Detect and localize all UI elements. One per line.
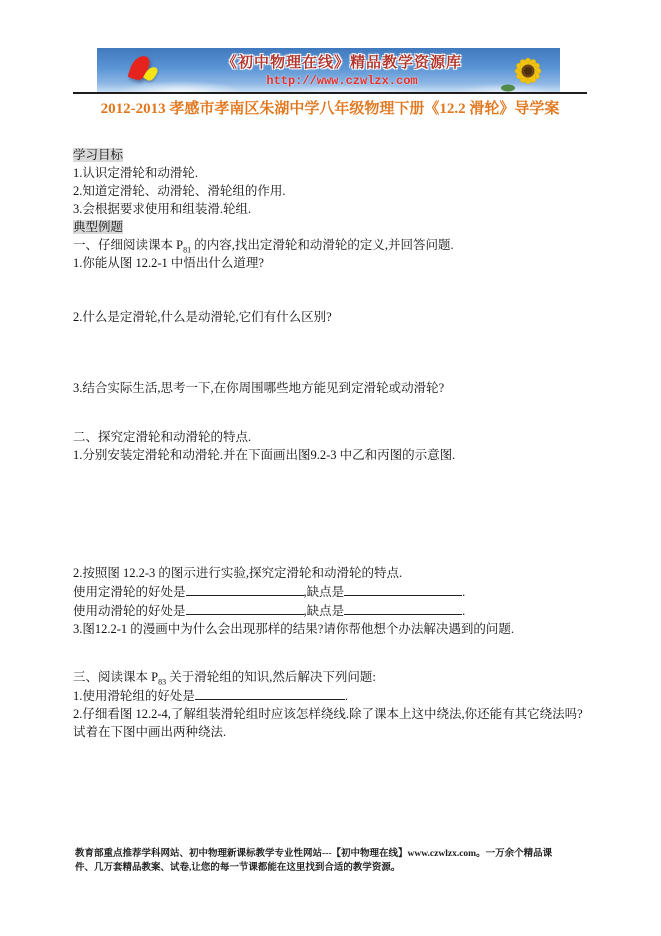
fill-in-line-movable-pulley: 使用动滑轮的好处是,缺点是.: [73, 601, 593, 620]
task-1-line: 一、仔细阅读课本 P81 的内容,找出定滑轮和动滑轮的定义,并回答问题.: [73, 236, 593, 254]
answer-space: [73, 326, 593, 379]
sunflower-icon: [500, 52, 552, 92]
task-3-line: 三、阅读课本 P83 关于滑轮组的知识,然后解决下列问题:: [73, 668, 593, 686]
task-1-text: 的内容,找出定滑轮和动滑轮的定义,并回答问题.: [191, 238, 454, 252]
footer-line-2: 件、几万套精品教案、试卷,让您的每一节课都能在这里找到合适的教学资源。: [75, 861, 589, 875]
question-3-2-continued: 试着在下图中画出两种绕法.: [73, 723, 593, 741]
fill-in-line-fixed-pulley: 使用定滑轮的好处是,缺点是.: [73, 582, 593, 601]
fill-label: .: [345, 689, 348, 703]
answer-space: [73, 638, 593, 668]
page-title: 2012-2013 孝感市孝南区朱湖中学八年级物理下册《12.2 滑轮》导学案: [73, 97, 587, 118]
answer-space: [73, 272, 593, 308]
document-page: 《初中物理在线》精品教学资源库 http://www.czwlzx.com 20: [0, 0, 661, 936]
footer-note: 教育部重点推荐学科网站、初中物理新课标教学专业性网站---【初中物理在线】www…: [75, 847, 589, 875]
fill-label: 使用动滑轮的好处是: [73, 604, 186, 618]
task-3-text: 三、阅读课本 P: [73, 670, 158, 684]
question-2-2: 2.按照图 12.2-3 的图示进行实验,探究定滑轮和动滑轮的特点.: [73, 564, 593, 582]
heading-highlight: 学习目标: [73, 148, 123, 162]
site-banner: 《初中物理在线》精品教学资源库 http://www.czwlzx.com: [97, 48, 560, 93]
fill-label: ,缺点是: [304, 604, 345, 618]
site-logo-icon: [129, 53, 165, 89]
task-3-text: 关于滑轮组的知识,然后解决下列问题:: [166, 670, 376, 684]
fill-in-blank[interactable]: [186, 601, 304, 615]
fill-in-blank[interactable]: [186, 582, 304, 596]
question-1-3: 3.结合实际生活,思考一下,在你周围哪些地方能见到定滑轮或动滑轮?: [73, 379, 593, 397]
task-2-line: 二、探究定滑轮和动滑轮的特点.: [73, 428, 593, 446]
question-2-3: 3.图12.2-1 的漫画中为什么会出现那样的结果?请你帮他想个办法解决遇到的问…: [73, 620, 593, 638]
fill-in-blank[interactable]: [195, 686, 345, 700]
banner-site-name: 《初中物理在线》精品教学资源库: [207, 51, 477, 72]
section-heading-examples: 典型例题: [73, 218, 593, 236]
heading-highlight: 典型例题: [73, 220, 123, 234]
footer-line-1: 教育部重点推荐学科网站、初中物理新课标教学专业性网站---【初中物理在线】www…: [75, 847, 589, 861]
task-1-text: 一、仔细阅读课本 P: [73, 238, 183, 252]
banner-site-url-link[interactable]: http://www.czwlzx.com: [207, 74, 477, 88]
question-1-2: 2.什么是定滑轮,什么是动滑轮,它们有什么区别?: [73, 308, 593, 326]
goal-item-2: 2.知道定滑轮、动滑轮、滑轮组的作用.: [73, 182, 593, 200]
fill-in-blank[interactable]: [344, 601, 462, 615]
fill-label: 使用定滑轮的好处是: [73, 585, 186, 599]
fill-label: 1.使用滑轮组的好处是: [73, 689, 195, 703]
fill-in-blank[interactable]: [344, 582, 462, 596]
fill-label: .: [462, 604, 465, 618]
drawing-space: [73, 464, 593, 564]
fill-label: ,缺点是: [304, 585, 345, 599]
section-heading-goals: 学习目标: [73, 146, 593, 164]
question-3-2: 2.仔细看图 12.2-4,了解组装滑轮组时应该怎样绕线.除了课本上这中绕法,你…: [73, 705, 593, 723]
banner-text-block: 《初中物理在线》精品教学资源库 http://www.czwlzx.com: [207, 51, 477, 88]
question-2-1: 1.分别安装定滑轮和动滑轮.并在下面画出图9.2-3 中乙和丙图的示意图.: [73, 446, 593, 464]
document-body: 学习目标 1.认识定滑轮和动滑轮. 2.知道定滑轮、动滑轮、滑轮组的作用. 3.…: [73, 146, 593, 741]
title-divider: [73, 92, 587, 94]
fill-label: .: [462, 585, 465, 599]
goal-item-3: 3.会根据要求使用和组装滑.轮组.: [73, 200, 593, 218]
goal-item-1: 1.认识定滑轮和动滑轮.: [73, 164, 593, 182]
answer-space: [73, 397, 593, 428]
fill-in-line-pulley-block: 1.使用滑轮组的好处是.: [73, 686, 593, 705]
question-1-1: 1.你能从图 12.2-1 中悟出什么道理?: [73, 254, 593, 272]
